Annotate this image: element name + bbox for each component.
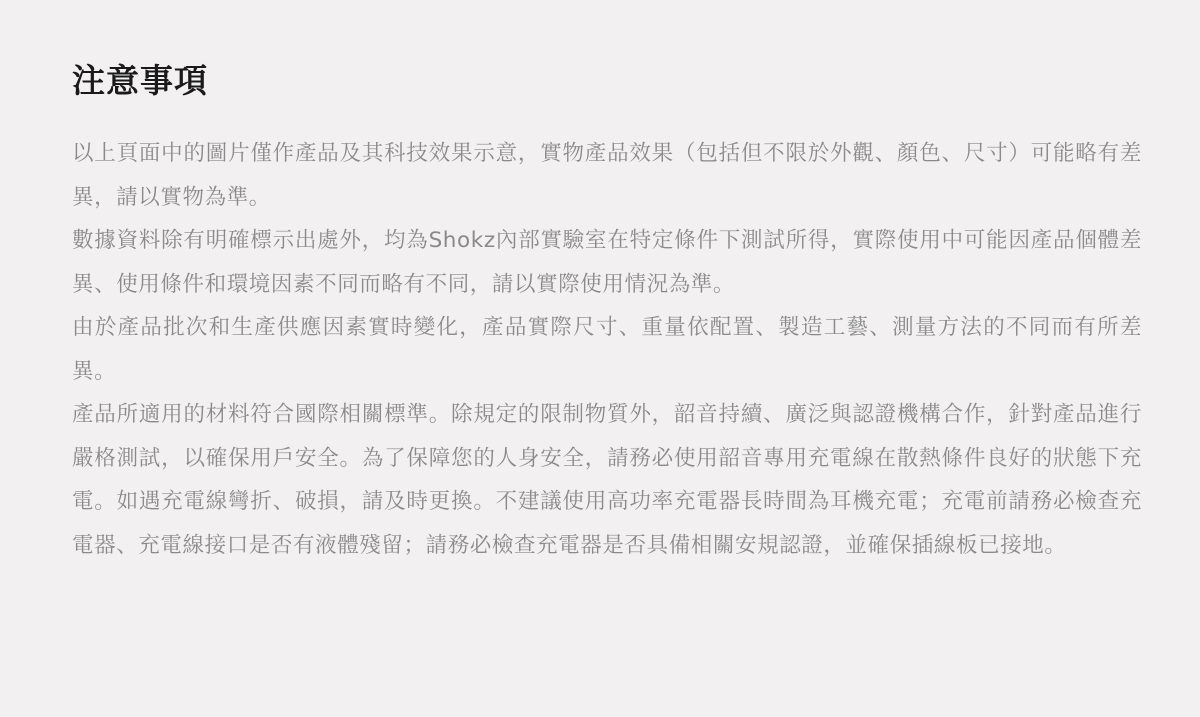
notice-title: 注意事項	[72, 56, 1142, 106]
notice-paragraph-dimension-variance: 由於產品批次和生產供應因素實時變化，產品實際尺寸、重量依配置、製造工藝、測量方法…	[72, 306, 1142, 393]
notice-paragraph-test-data: 數據資料除有明確標示出處外，均為Shokz內部實驗室在特定條件下測試所得，實際使…	[72, 219, 1142, 306]
notice-paragraph-image-disclaimer: 以上頁面中的圖片僅作產品及其科技效果示意，實物產品效果（包括但不限於外觀、顏色、…	[72, 132, 1142, 219]
notice-body: 以上頁面中的圖片僅作產品及其科技效果示意，實物產品效果（包括但不限於外觀、顏色、…	[72, 132, 1142, 567]
notice-paragraph-safety-charging: 產品所適用的材料符合國際相關標準。除規定的限制物質外，韶音持續、廣泛與認證機構合…	[72, 393, 1142, 567]
notice-section: 注意事項 以上頁面中的圖片僅作產品及其科技效果示意，實物產品效果（包括但不限於外…	[72, 56, 1142, 567]
